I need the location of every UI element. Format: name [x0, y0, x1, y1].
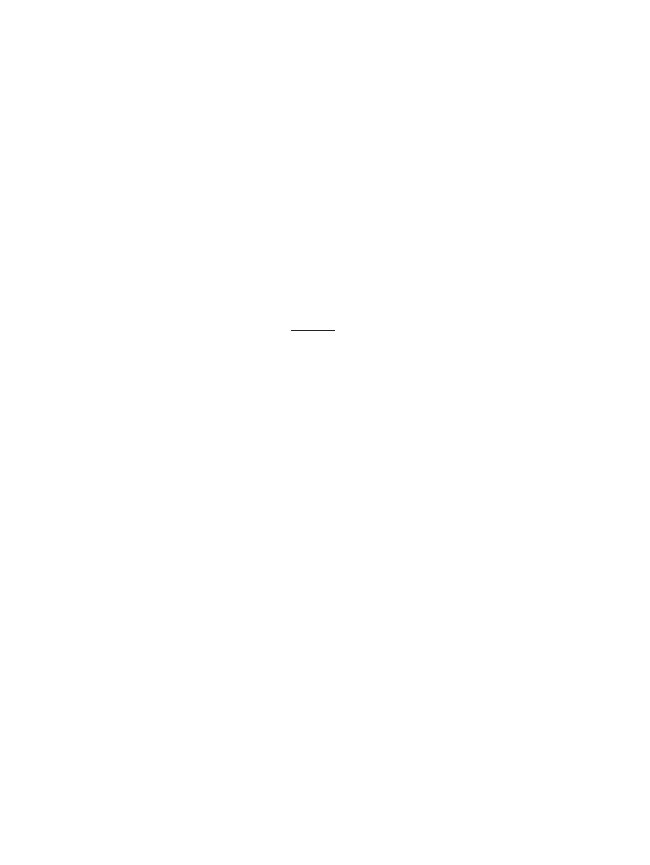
text-line [18, 235, 614, 261]
exam-page [0, 0, 650, 865]
text-line [18, 27, 614, 53]
blank-4[interactable] [291, 330, 335, 331]
text-line [18, 1, 614, 27]
text-line [18, 417, 614, 443]
text-line [18, 391, 614, 417]
text-line [18, 469, 614, 495]
text-line [18, 261, 614, 287]
text-line [18, 53, 614, 79]
text-line [18, 105, 614, 131]
text-line [50, 157, 614, 183]
text-line [18, 79, 614, 105]
text-line [50, 339, 614, 365]
text-line [18, 183, 614, 209]
text-line [18, 209, 614, 235]
section-title-optical-pest-control [0, 131, 650, 157]
text-line [18, 443, 614, 469]
text-line [18, 365, 614, 391]
section-title-plant-grow-light [0, 313, 638, 339]
text-line [18, 287, 614, 313]
